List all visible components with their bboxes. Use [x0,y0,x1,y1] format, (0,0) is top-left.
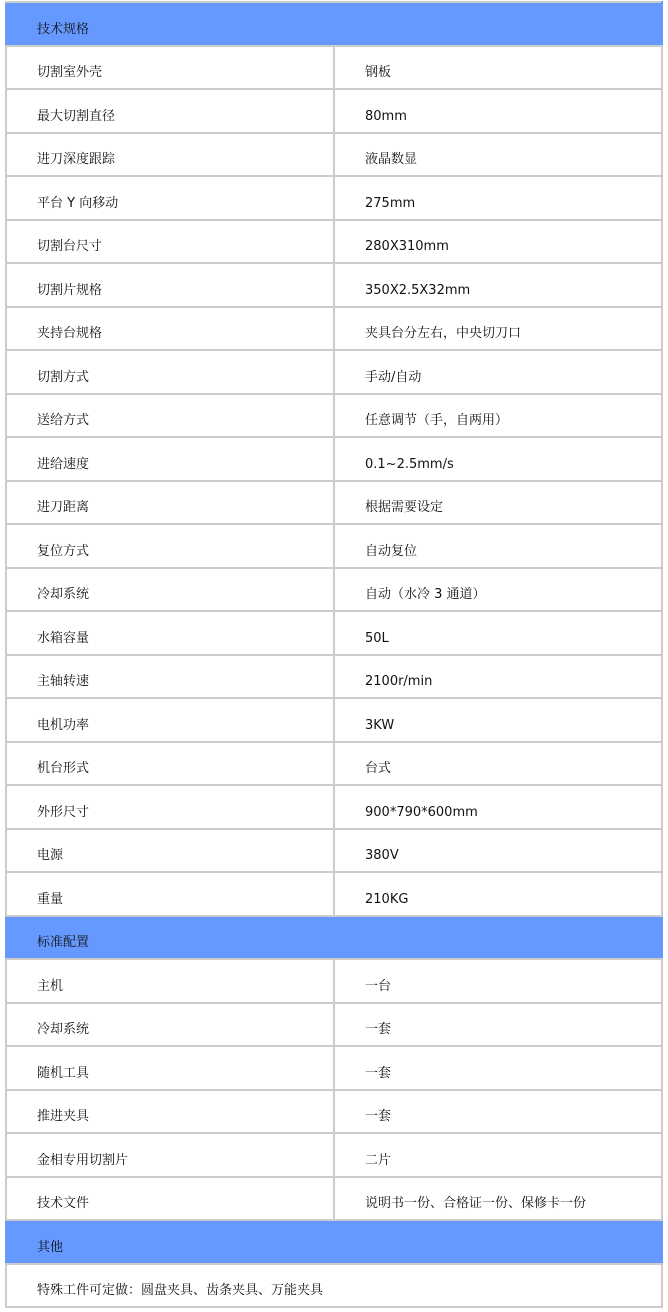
row-label: 进给速度 [6,437,334,481]
section-title: 技术规格 [6,2,662,46]
row-value: 液晶数显 [334,133,662,177]
table-row: 技术文件说明书一份、合格证一份、保修卡一份 [6,1177,662,1221]
section-header-other: 其他 [6,1220,662,1264]
row-value: 根据需要设定 [334,481,662,525]
row-label: 水箱容量 [6,611,334,655]
row-value: 280X310mm [334,220,662,264]
section-title: 标准配置 [6,916,662,960]
row-label: 冷却系统 [6,1003,334,1047]
table-row: 电源380V [6,829,662,873]
row-value: 350X2.5X32mm [334,263,662,307]
table-row: 特殊工件可定做：圆盘夹具、齿条夹具、万能夹具 [6,1264,662,1308]
row-value: 380V [334,829,662,873]
table-row: 金相专用切割片二片 [6,1133,662,1177]
row-label: 夹持台规格 [6,307,334,351]
row-label: 进刀距离 [6,481,334,525]
table-row: 主机一台 [6,959,662,1003]
row-label: 随机工具 [6,1046,334,1090]
row-label: 金相专用切割片 [6,1133,334,1177]
row-value: 210KG [334,872,662,916]
row-value: 0.1~2.5mm/s [334,437,662,481]
table-row: 水箱容量50L [6,611,662,655]
table-row: 最大切割直径80mm [6,89,662,133]
table-row: 进给速度0.1~2.5mm/s [6,437,662,481]
row-label: 重量 [6,872,334,916]
row-label: 切割台尺寸 [6,220,334,264]
row-value: 一套 [334,1090,662,1134]
section-title: 其他 [6,1220,662,1264]
row-value: 二片 [334,1133,662,1177]
row-value: 自动复位 [334,524,662,568]
section-header-tech-specs: 技术规格 [6,2,662,46]
table-row: 送给方式任意调节（手，自两用） [6,394,662,438]
row-label: 冷却系统 [6,568,334,612]
table-row: 冷却系统一套 [6,1003,662,1047]
table-row: 冷却系统自动（水冷 3 通道） [6,568,662,612]
row-value: 900*790*600mm [334,785,662,829]
table-row: 夹持台规格夹具台分左右，中央切刀口 [6,307,662,351]
row-value: 80mm [334,89,662,133]
row-value: 手动/自动 [334,350,662,394]
row-value: 一套 [334,1046,662,1090]
row-label: 主机 [6,959,334,1003]
custom-fixture-note: 特殊工件可定做：圆盘夹具、齿条夹具、万能夹具 [6,1264,662,1308]
table-row: 切割片规格350X2.5X32mm [6,263,662,307]
row-label: 技术文件 [6,1177,334,1221]
table-row: 平台 Y 向移动275mm [6,176,662,220]
row-label: 最大切割直径 [6,89,334,133]
table-row: 机台形式台式 [6,742,662,786]
row-value: 3KW [334,698,662,742]
row-value: 台式 [334,742,662,786]
row-label: 主轴转速 [6,655,334,699]
table-row: 切割方式手动/自动 [6,350,662,394]
table-row: 进刀深度跟踪液晶数显 [6,133,662,177]
row-label: 复位方式 [6,524,334,568]
row-value: 说明书一份、合格证一份、保修卡一份 [334,1177,662,1221]
row-value: 2100r/min [334,655,662,699]
row-label: 电机功率 [6,698,334,742]
row-label: 送给方式 [6,394,334,438]
row-value: 一台 [334,959,662,1003]
row-value: 自动（水冷 3 通道） [334,568,662,612]
row-value: 50L [334,611,662,655]
row-label: 平台 Y 向移动 [6,176,334,220]
table-row: 电机功率3KW [6,698,662,742]
row-value: 任意调节（手，自两用） [334,394,662,438]
table-row: 随机工具一套 [6,1046,662,1090]
row-value: 一套 [334,1003,662,1047]
spec-table: 技术规格 切割室外壳钢板 最大切割直径80mm 进刀深度跟踪液晶数显 平台 Y … [5,1,663,1308]
table-row: 进刀距离根据需要设定 [6,481,662,525]
row-value: 钢板 [334,46,662,90]
table-row: 推进夹具一套 [6,1090,662,1134]
section-header-standard-config: 标准配置 [6,916,662,960]
row-label: 切割方式 [6,350,334,394]
row-label: 机台形式 [6,742,334,786]
row-label: 电源 [6,829,334,873]
row-label: 外形尺寸 [6,785,334,829]
table-row: 切割室外壳钢板 [6,46,662,90]
table-row: 复位方式自动复位 [6,524,662,568]
row-value: 275mm [334,176,662,220]
table-row: 重量210KG [6,872,662,916]
row-label: 推进夹具 [6,1090,334,1134]
row-label: 切割室外壳 [6,46,334,90]
table-row: 外形尺寸900*790*600mm [6,785,662,829]
table-row: 主轴转速2100r/min [6,655,662,699]
table-row: 切割台尺寸280X310mm [6,220,662,264]
row-value: 夹具台分左右，中央切刀口 [334,307,662,351]
row-label: 进刀深度跟踪 [6,133,334,177]
row-label: 切割片规格 [6,263,334,307]
